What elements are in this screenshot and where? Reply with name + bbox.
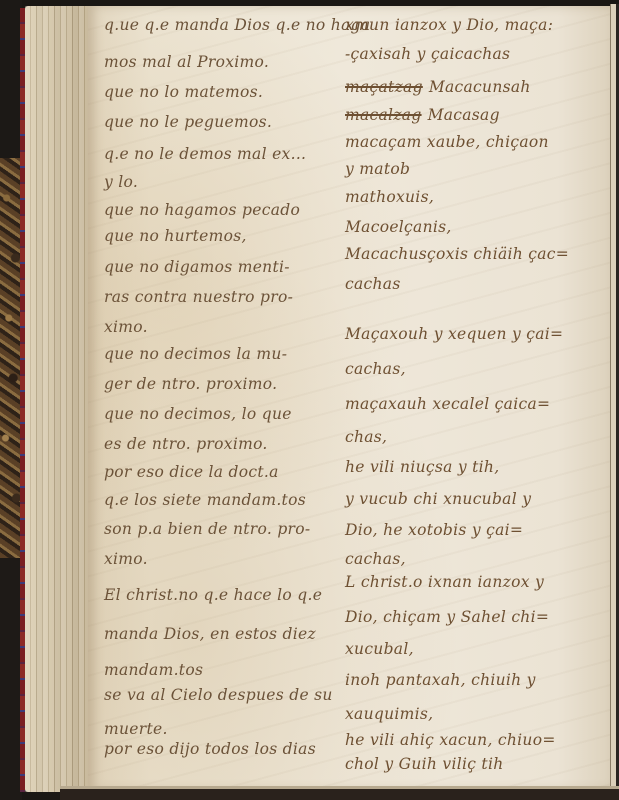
line-text: ras contra nuestro pro- (104, 288, 293, 306)
text-line: que no lo matemos. (104, 85, 263, 101)
text-line: xauquimis, (345, 707, 433, 723)
text-line: macalzagMacasag (345, 108, 500, 124)
line-text: que no le peguemos. (104, 113, 272, 131)
text-line: manda Dios, en estos diez (104, 627, 316, 643)
text-line: maçatzagMacacunsah (345, 80, 531, 96)
text-line: xucubal, (345, 642, 414, 658)
line-text: ximo. (104, 550, 148, 568)
text-line: he vili niuçsa y tih, (345, 460, 499, 476)
line-text: se va al Cielo despues de su (104, 686, 333, 704)
text-line: Macoelçanis, (345, 220, 452, 236)
text-line: he vili ahiç xacun, chiuo= (345, 733, 556, 749)
line-text: macaçam xaube, chiçaon (345, 133, 549, 151)
line-text: que no digamos menti- (104, 258, 290, 276)
text-line: cachas (345, 277, 401, 293)
line-text: L christ.o ixnan ianzox y (345, 573, 544, 591)
line-text: Dio, chiçam y Sahel chi= (345, 608, 549, 626)
line-text: xauquimis, (345, 705, 433, 723)
text-line: maçaxauh xecalel çaica= (345, 397, 550, 413)
line-text: y matob (345, 160, 410, 178)
line-text: que no hagamos pecado (104, 201, 300, 219)
line-text: muerte. (104, 720, 168, 738)
line-text: ximo. (104, 318, 148, 336)
line-text: Dio, he xotobis y çai= (345, 521, 523, 539)
line-text: maçaxauh xecalel çaica= (345, 395, 550, 413)
line-text: ger de ntro. proximo. (104, 375, 277, 393)
line-text: he vili ahiç xacun, chiuo= (345, 731, 556, 749)
text-line: mos mal al Proximo. (104, 55, 269, 71)
line-text: chol y Guih viliç tih (345, 755, 504, 773)
text-line: ximo. (104, 320, 148, 336)
text-line: y vucub chi xnucubal y (345, 492, 531, 508)
text-line: que no hurtemos, (104, 229, 247, 245)
line-text: cachas (345, 275, 401, 293)
text-line: L christ.o ixnan ianzox y (345, 575, 544, 591)
line-text: es de ntro. proximo. (104, 435, 268, 453)
text-line: q.e los siete mandam.tos (104, 493, 306, 509)
text-line: cachas, (345, 552, 406, 568)
line-text: y vucub chi xnucubal y (345, 490, 531, 508)
line-text: son p.a bien de ntro. pro- (104, 520, 310, 538)
text-line: ras contra nuestro pro- (104, 290, 293, 306)
line-text: q.ue q.e manda Dios q.e no haga (104, 16, 370, 34)
text-line: Macachusçoxis chiäih çac= (345, 247, 569, 263)
text-line: que no decimos la mu- (104, 347, 287, 363)
text-line: xmun ianzox y Dio, maça: (345, 18, 553, 34)
text-line: ximo. (104, 552, 148, 568)
line-text: cachas, (345, 360, 406, 378)
text-line: macaçam xaube, chiçaon (345, 135, 549, 151)
line-text: manda Dios, en estos diez (104, 625, 316, 643)
line-text: Macachusçoxis chiäih çac= (345, 245, 569, 263)
text-line: q.ue q.e manda Dios q.e no haga (104, 18, 370, 34)
text-line: que no digamos menti- (104, 260, 290, 276)
text-line: mathoxuis, (345, 190, 434, 206)
line-text: y lo. (104, 173, 138, 191)
line-text: El christ.no q.e hace lo q.e (104, 586, 322, 604)
text-line: muerte. (104, 722, 168, 738)
struck-text: maçatzag (345, 78, 423, 96)
text-line: que no le peguemos. (104, 115, 272, 131)
text-line: Dio, he xotobis y çai= (345, 523, 523, 539)
text-line: cachas, (345, 362, 406, 378)
page-right-edge (610, 4, 619, 794)
line-text: he vili niuçsa y tih, (345, 458, 499, 476)
line-text: xmun ianzox y Dio, maça: (345, 16, 553, 34)
text-line: se va al Cielo despues de su (104, 688, 333, 704)
text-line: -çaxisah y çaicachas (345, 47, 510, 63)
line-text: que no lo matemos. (104, 83, 263, 101)
line-text: por eso dice la doct.a (104, 463, 279, 481)
text-line: Maçaxouh y xequen y çai= (345, 327, 563, 343)
line-text: que no decimos, lo que (104, 405, 292, 423)
line-text: Maçaxouh y xequen y çai= (345, 325, 563, 343)
line-text: mandam.tos (104, 661, 203, 679)
text-line: El christ.no q.e hace lo q.e (104, 588, 322, 604)
book-cover-bottom (0, 558, 22, 800)
line-text: inoh pantaxah, chiuih y (345, 671, 536, 689)
line-text: por eso dijo todos los dias (104, 740, 316, 758)
text-line: por eso dice la doct.a (104, 465, 279, 481)
marbled-cover (0, 158, 22, 558)
line-text: chas, (345, 428, 387, 446)
text-line: y lo. (104, 175, 138, 191)
text-line: ger de ntro. proximo. (104, 377, 277, 393)
line-text: -çaxisah y çaicachas (345, 45, 510, 63)
text-line: mandam.tos (104, 663, 203, 679)
text-line: q.e no le demos mal ex... (104, 147, 306, 163)
text-line: inoh pantaxah, chiuih y (345, 673, 536, 689)
line-text: que no hurtemos, (104, 227, 247, 245)
line-text: mathoxuis, (345, 188, 434, 206)
text-line: chol y Guih viliç tih (345, 757, 504, 773)
line-text: que no decimos la mu- (104, 345, 287, 363)
text-line: que no hagamos pecado (104, 203, 300, 219)
page-bottom-edge (60, 786, 619, 800)
line-text: xucubal, (345, 640, 414, 658)
line-text: mos mal al Proximo. (104, 53, 269, 71)
correction-text: Macasag (428, 106, 500, 124)
struck-text: macalzag (345, 106, 422, 124)
page-stack-edges (25, 6, 93, 792)
line-text: Macoelçanis, (345, 218, 452, 236)
text-line: es de ntro. proximo. (104, 437, 268, 453)
text-line: por eso dijo todos los dias (104, 742, 316, 758)
correction-text: Macacunsah (429, 78, 531, 96)
text-line: chas, (345, 430, 387, 446)
book-cover-top (0, 0, 22, 160)
text-line: que no decimos, lo que (104, 407, 292, 423)
text-line: y matob (345, 162, 410, 178)
line-text: q.e no le demos mal ex... (104, 145, 306, 163)
text-line: son p.a bien de ntro. pro- (104, 522, 310, 538)
line-text: cachas, (345, 550, 406, 568)
text-line: Dio, chiçam y Sahel chi= (345, 610, 549, 626)
line-text: q.e los siete mandam.tos (104, 491, 306, 509)
manuscript-scan: q.ue q.e manda Dios q.e no hagamos mal a… (0, 0, 619, 800)
